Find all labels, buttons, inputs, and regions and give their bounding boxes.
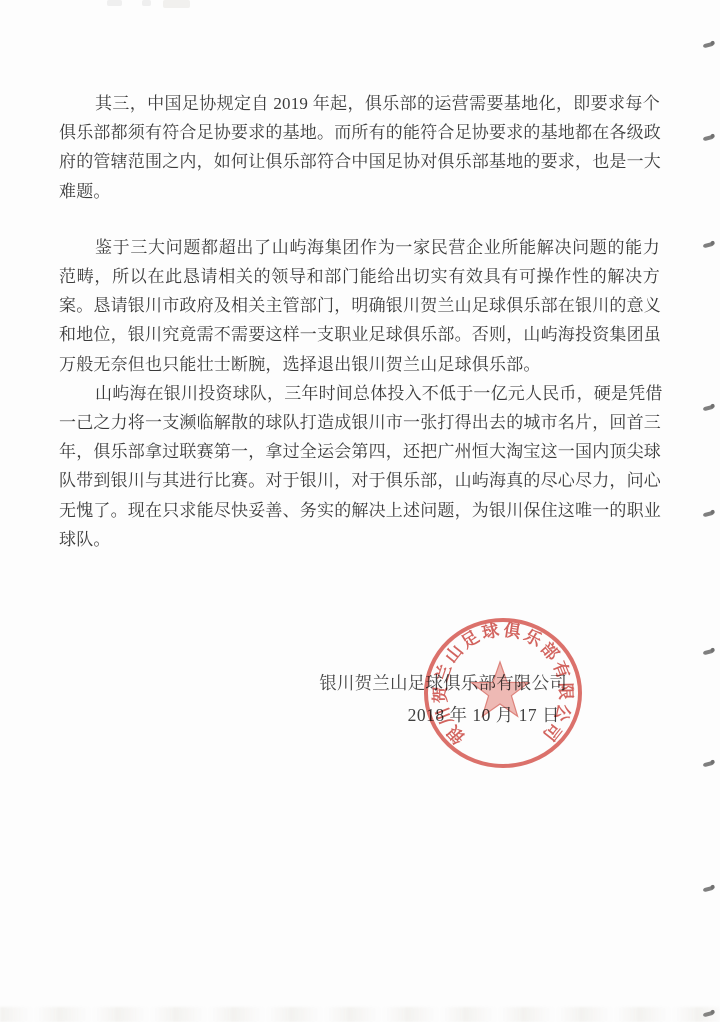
text-line: 年，俱乐部拿过联赛第一，拿过全运会第四，还把广州恒大淘宝这一国内顶尖球 (59, 437, 660, 466)
text-line: 难题。 (59, 177, 660, 206)
company-seal-stamp: 银川贺兰山足球俱乐部有限公司 (420, 612, 588, 776)
binding-mark (703, 242, 715, 249)
text-line: 鉴于三大问题都超出了山屿海集团作为一家民营企业所能解决问题的能力 (59, 233, 660, 262)
text-line: 其三，中国足协规定自 2019 年起，俱乐部的运营需要基地化，即要求每个 (59, 89, 660, 118)
text-line: 无愧了。现在只求能尽快妥善、务实的解决上述问题，为银川保住这唯一的职业 (59, 496, 660, 525)
binding-mark (703, 135, 715, 142)
text-line: 范畴，所以在此恳请相关的领导和部门能给出切实有效具有可操作性的解决方 (59, 262, 660, 291)
binding-mark (703, 886, 715, 893)
document-body: 其三，中国足协规定自 2019 年起，俱乐部的运营需要基地化，即要求每个俱乐部都… (59, 89, 660, 554)
text-line: 案。恳请银川市政府及相关主管部门，明确银川贺兰山足球俱乐部在银川的意义 (59, 291, 660, 320)
binding-mark (703, 649, 715, 656)
text-line: 和地位，银川究竟需不需要这样一支职业足球俱乐部。否则，山屿海投资集团虽 (59, 320, 660, 349)
text-line: 一己之力将一支濒临解散的球队打造成银川市一张打得出去的城市名片，回首三 (59, 408, 660, 437)
scan-smudge (107, 0, 122, 6)
paragraph: 山屿海在银川投资球队，三年时间总体投入不低于一亿元人民币，硬是凭借一己之力将一支… (59, 379, 660, 554)
text-line: 府的管辖范围之内，如何让俱乐部符合中国足协对俱乐部基地的要求，也是一大 (59, 147, 660, 176)
scan-smudge (163, 0, 190, 8)
binding-mark (703, 405, 715, 412)
scan-smudge (142, 0, 151, 6)
seal-star-icon (472, 662, 529, 716)
text-line: 球队。 (59, 525, 660, 554)
text-line: 队带到银川与其进行比赛。对于银川，对于俱乐部，山屿海真的尽心尽力，问心 (59, 466, 660, 495)
paragraph: 其三，中国足协规定自 2019 年起，俱乐部的运营需要基地化，即要求每个俱乐部都… (59, 89, 660, 206)
binding-mark (703, 761, 715, 768)
scanned-letter-page: 其三，中国足协规定自 2019 年起，俱乐部的运营需要基地化，即要求每个俱乐部都… (0, 0, 720, 1022)
scan-noise-band (0, 1007, 720, 1022)
text-line: 山屿海在银川投资球队，三年时间总体投入不低于一亿元人民币，硬是凭借 (59, 379, 660, 408)
text-line: 俱乐部都须有符合足协要求的基地。而所有的能符合足协要求的基地都在各级政 (59, 118, 660, 147)
text-line: 万般无奈但也只能壮士断腕，选择退出银川贺兰山足球俱乐部。 (59, 350, 660, 379)
paragraph: 鉴于三大问题都超出了山屿海集团作为一家民营企业所能解决问题的能力范畴，所以在此恳… (59, 233, 660, 379)
binding-mark (703, 511, 715, 518)
binding-mark (703, 42, 715, 49)
